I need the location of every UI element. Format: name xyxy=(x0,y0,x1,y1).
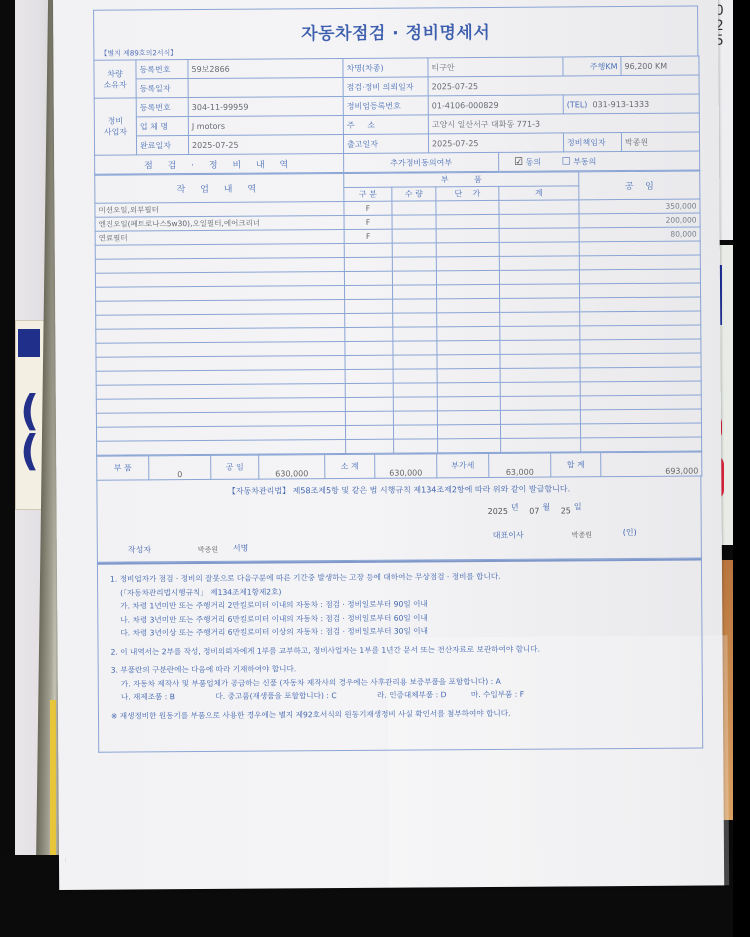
form-number: 【별지 제89호의2서식】 xyxy=(100,48,177,59)
part-quantity xyxy=(392,215,436,229)
part-unit-price xyxy=(437,326,500,340)
part-type xyxy=(344,257,392,271)
part-quantity xyxy=(393,411,437,425)
part-sum xyxy=(500,326,580,341)
part-sum xyxy=(500,368,580,383)
labor-cost: 350,000 xyxy=(579,199,700,214)
document-title: 자동차점검 · 정비명세서 xyxy=(94,17,697,46)
part-type xyxy=(345,341,393,355)
part-unit-price xyxy=(437,354,500,368)
title-box: 자동차점검 · 정비명세서 【별지 제89호의2서식】 xyxy=(93,5,698,59)
part-sum xyxy=(500,396,580,411)
part-unit-price xyxy=(437,410,500,424)
part-quantity xyxy=(394,439,438,453)
shop-label-line2: 사업자 xyxy=(98,126,133,137)
note-3-c: 다. 중고품(재생품을 포함합니다) : C xyxy=(215,691,336,701)
part-sum xyxy=(500,340,580,355)
labor-cost xyxy=(580,423,701,438)
part-quantity xyxy=(393,313,437,327)
yellow-paper-edge xyxy=(50,700,56,855)
owner-label-line2: 소유자 xyxy=(98,79,133,90)
completion-date: 2025-07-25 xyxy=(188,134,343,154)
part-type xyxy=(345,299,393,313)
part-unit-price xyxy=(437,368,500,382)
part-quantity xyxy=(393,383,437,397)
parts-total: 0 xyxy=(149,455,211,479)
shop-reg-no: 304-11-99959 xyxy=(188,96,343,116)
vat: 63,000 xyxy=(489,453,551,477)
part-unit-price xyxy=(436,256,499,270)
consent-options: ☑ 동의 ☐ 부동의 xyxy=(499,151,700,171)
labor-cost xyxy=(579,269,700,284)
part-quantity xyxy=(393,397,437,411)
mileage-value: 96,200 KM xyxy=(621,56,699,76)
work-column-header: 작 업 내 역 xyxy=(95,173,344,203)
part-quantity xyxy=(392,257,436,271)
labor-cost xyxy=(580,283,701,298)
type-column-header: 구 분 xyxy=(344,187,392,201)
seal-mark: (인) xyxy=(623,527,637,538)
part-type: F xyxy=(344,215,392,229)
part-quantity xyxy=(393,327,437,341)
ceo-label: 대표이사 xyxy=(493,530,524,541)
disagree-checkbox[interactable]: ☐ xyxy=(562,156,571,167)
writer-name: 박종원 xyxy=(198,545,218,555)
manager-name: 박종원 xyxy=(621,132,699,152)
part-sum xyxy=(500,312,580,327)
agree-label: 동의 xyxy=(526,157,542,166)
part-quantity xyxy=(392,271,436,285)
shop-license-no: 01-4106-000829 xyxy=(428,95,563,115)
qty-column-header: 수 량 xyxy=(392,187,436,201)
release-date: 2025-07-25 xyxy=(428,133,563,153)
note-2: 2. 이 내역서는 2부를 작성, 정비의뢰자에게 1부를 교부하고, 정비사업… xyxy=(111,641,694,659)
part-sum xyxy=(499,228,579,243)
company-name: J motors xyxy=(188,115,343,135)
part-unit-price xyxy=(436,228,499,242)
part-sum xyxy=(499,214,579,229)
part-quantity xyxy=(393,299,437,313)
labor-cost xyxy=(580,297,701,312)
issue-day: 25 xyxy=(561,506,571,515)
labor-cost xyxy=(581,437,702,452)
part-sum xyxy=(499,242,579,257)
part-unit-price xyxy=(436,242,499,256)
writer-signature-field: 서명 xyxy=(233,543,249,554)
owner-section-label: 차량 소유자 xyxy=(94,60,136,98)
part-sum xyxy=(499,200,579,215)
day-unit: 일 xyxy=(574,502,582,511)
note-3-d: 라. 인증대체부품 : D xyxy=(377,690,446,699)
part-unit-price xyxy=(436,270,499,284)
part-unit-price xyxy=(437,312,500,326)
part-quantity xyxy=(393,369,437,383)
unit-price-column-header: 단 가 xyxy=(436,186,499,200)
tel-label: (TEL) xyxy=(567,100,588,109)
subtotal-label: 소 계 xyxy=(325,454,375,478)
part-quantity xyxy=(392,201,436,215)
shop-reg-no-label: 등록번호 xyxy=(136,98,188,117)
part-sum xyxy=(499,284,579,299)
part-unit-price xyxy=(436,284,499,298)
part-sum xyxy=(500,424,580,439)
vat-label: 부가세 xyxy=(437,453,489,477)
part-type xyxy=(346,439,394,453)
part-unit-price xyxy=(437,298,500,312)
part-quantity xyxy=(392,285,436,299)
part-quantity xyxy=(393,425,437,439)
labor-cost xyxy=(580,367,701,382)
part-unit-price xyxy=(437,424,500,438)
labor-total: 630,000 xyxy=(259,455,325,479)
labor-cost xyxy=(579,241,700,256)
disagree-label: 부동의 xyxy=(573,157,596,166)
labor-total-label: 공 임 xyxy=(211,455,259,479)
labor-cost xyxy=(580,381,701,396)
part-quantity xyxy=(392,229,436,243)
request-date-value: 2025-07-25 xyxy=(428,75,699,96)
note-3-e: 마. 수입부품 : F xyxy=(471,690,524,699)
part-type xyxy=(345,411,393,425)
request-date-label: 점검·정비 의뢰일자 xyxy=(343,77,428,97)
owner-label-line1: 차량 xyxy=(97,68,132,79)
shop-tel: (TEL) 031-913-1333 xyxy=(563,94,699,114)
part-sum xyxy=(500,354,580,369)
labor-cost xyxy=(580,409,701,424)
model-label: 차명(차종) xyxy=(343,58,428,78)
part-type xyxy=(345,355,393,369)
shop-address: 고양시 일산서구 대화동 771-3 xyxy=(428,113,699,134)
labor-cost xyxy=(580,395,701,410)
release-date-label: 출고일자 xyxy=(343,134,428,154)
labor-cost xyxy=(579,255,700,270)
issue-month: 07 xyxy=(529,507,539,516)
part-quantity xyxy=(393,355,437,369)
part-type: F xyxy=(344,229,392,243)
shop-license-label: 정비업등록번호 xyxy=(343,96,428,116)
part-sum xyxy=(499,270,579,285)
part-quantity xyxy=(393,341,437,355)
work-details-heading: 점 검 · 정 비 내 역 xyxy=(95,153,344,174)
work-details-table: 작 업 내 역 부 품 공 임 구 분 수 량 단 가 계 미션오일,외부필터F… xyxy=(94,170,702,455)
reg-date-label: 등록일자 xyxy=(136,79,188,98)
completion-date-label: 완료일자 xyxy=(136,136,188,155)
grand-total-label: 합 계 xyxy=(551,453,601,477)
part-type xyxy=(345,327,393,341)
labor-cost xyxy=(580,339,701,354)
labor-cost xyxy=(580,311,701,326)
company-label: 업 체 명 xyxy=(136,117,188,136)
black-border xyxy=(733,0,750,937)
parts-total-label: 부 품 xyxy=(97,456,149,480)
extra-work-consent-label: 추가정비동의여부 xyxy=(344,152,499,172)
sum-column-header: 계 xyxy=(499,186,579,201)
subtotal: 630,000 xyxy=(375,454,437,478)
grand-total: 693,000 xyxy=(601,452,702,477)
month-unit: 월 xyxy=(542,503,550,512)
part-unit-price xyxy=(437,382,500,396)
part-quantity xyxy=(392,243,436,257)
part-type xyxy=(345,383,393,397)
note-3-b: 나. 재제조품 : B xyxy=(121,692,175,701)
labor-column-header: 공 임 xyxy=(579,171,700,200)
mileage-label: 주행KM xyxy=(563,57,621,76)
part-sum xyxy=(500,410,580,425)
shop-section-label: 정비 사업자 xyxy=(94,98,136,155)
part-sum xyxy=(499,256,579,271)
part-sum xyxy=(500,382,580,397)
part-unit-price xyxy=(436,200,499,214)
vehicle-model: 티구안 xyxy=(428,57,563,77)
part-unit-price xyxy=(437,396,500,410)
part-type xyxy=(344,243,392,257)
part-type xyxy=(345,425,393,439)
note-1-c: 다. 차령 3년이상 또는 주행거리 6만킬로미터 이상의 자동차 : 점검 ·… xyxy=(110,623,693,641)
labor-cost xyxy=(580,353,701,368)
invoice-paper: ··· 자동차점검 · 정비명세서 【별지 제89호의2서식】 차량 소유자 등… xyxy=(53,0,724,890)
year-unit: 년 xyxy=(511,503,519,512)
issuance-statement: 【자동차관리법】 제58조제5항 및 같은 법 시행규칙 제134조제2항에 따… xyxy=(97,482,700,497)
footnote: ※ 재생정비한 원동기를 부품으로 사용한 경우에는 별지 제92호서식의 원동… xyxy=(111,705,694,723)
part-type xyxy=(345,313,393,327)
part-type xyxy=(345,397,393,411)
ceo-name: 박종원 xyxy=(572,530,592,540)
vehicle-reg-no: 59보2866 xyxy=(188,58,343,78)
part-sum xyxy=(501,438,581,453)
issue-year: 2025 xyxy=(488,507,508,516)
shop-label-line1: 정비 xyxy=(98,115,133,126)
part-type xyxy=(345,285,393,299)
inspection-repair-form: 자동차점검 · 정비명세서 【별지 제89호의2서식】 차량 소유자 등록번호 … xyxy=(93,5,703,752)
header-info-table: 차량 소유자 등록번호 59보2866 차명(차종) 티구안 주행KM 96,2… xyxy=(93,55,700,174)
manager-label: 정비책임자 xyxy=(563,133,621,152)
labor-cost: 200,000 xyxy=(579,213,700,228)
issuance-section: 【자동차관리법】 제58조제5항 및 같은 법 시행규칙 제134조제2항에 따… xyxy=(96,476,702,562)
part-unit-price xyxy=(436,214,499,228)
part-type: F xyxy=(344,201,392,215)
writer-label: 작성자 xyxy=(128,544,151,555)
totals-row: 부 품 0 공 임 630,000 소 계 630,000 부가세 63,000… xyxy=(97,452,702,480)
agree-checkbox[interactable]: ☑ xyxy=(514,156,523,167)
notes-section: 1. 정비업자가 점검 · 정비의 잘못으로 다음구분에 따른 기간중 발생하는… xyxy=(97,558,703,752)
part-unit-price xyxy=(437,340,500,354)
paper-edge-code: ··· xyxy=(62,858,68,863)
part-type xyxy=(345,369,393,383)
note-3-bcde: 나. 재제조품 : B 다. 중고품(재생품을 포함합니다) : C 라. 인증… xyxy=(111,687,694,705)
part-unit-price xyxy=(438,438,501,452)
labor-cost xyxy=(580,325,701,340)
issue-date: 2025년 07월 25일 xyxy=(488,505,590,517)
part-sum xyxy=(500,298,580,313)
work-rows: 미션오일,외부필터F350,000엔진오일(페트로나스5w30),오일필터,에어… xyxy=(95,199,702,455)
part-type xyxy=(344,271,392,285)
address-label: 주 소 xyxy=(343,115,428,135)
work-description xyxy=(97,439,346,455)
labor-cost: 80,000 xyxy=(579,227,700,242)
reg-no-label: 등록번호 xyxy=(136,60,188,79)
tel-value: 031-913-1333 xyxy=(592,99,649,108)
reg-date-value xyxy=(188,77,343,97)
